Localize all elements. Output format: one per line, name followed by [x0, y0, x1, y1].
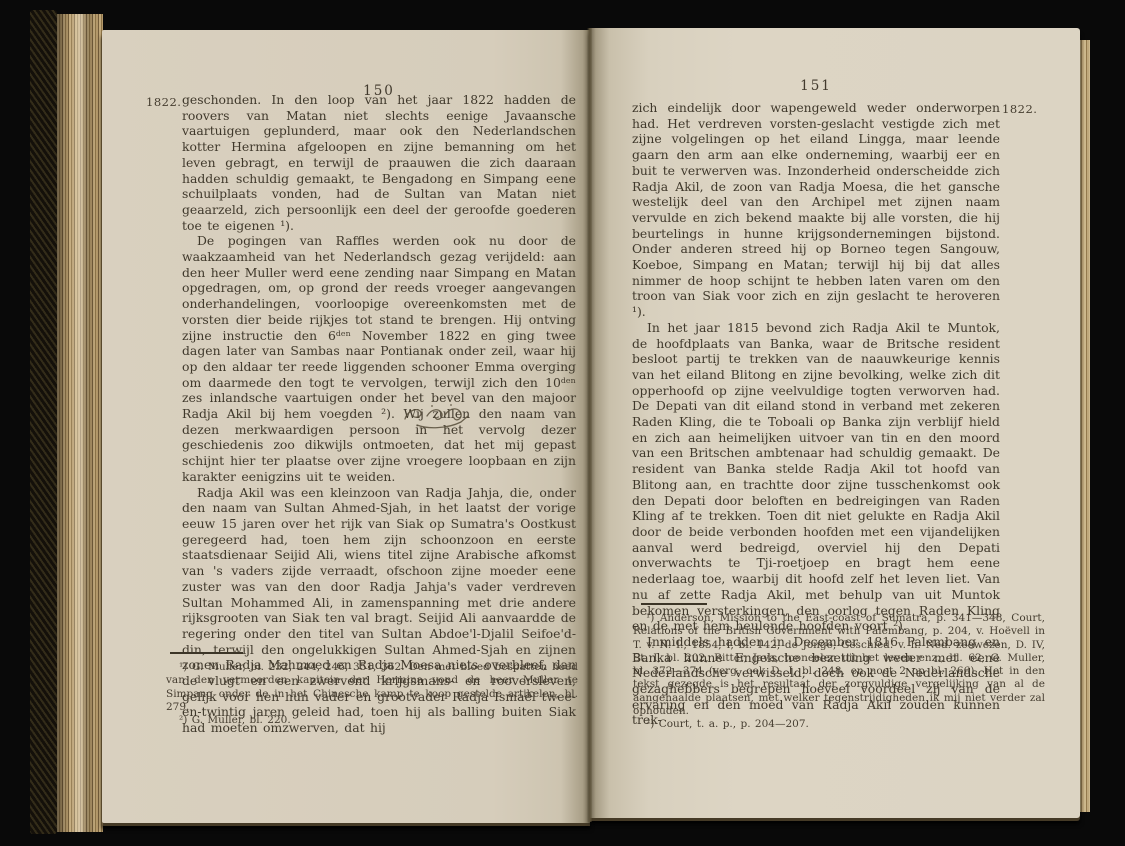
footnote-rule-right	[641, 603, 707, 605]
page-151: 151 1822. zich eindelijk door wapengewel…	[590, 28, 1080, 818]
footnote-rule-left	[170, 652, 243, 654]
body-text-left: geschonden. In den loop van het jaar 182…	[182, 92, 576, 736]
page-150: 150 1822. geschonden. In den loop van he…	[102, 30, 590, 823]
paragraph: De pogingen van Raffles werden ook nu do…	[182, 233, 576, 484]
footnote: ²) G. Muller, bl. 220.	[166, 714, 578, 727]
paragraph: In het jaar 1815 bevond zich Radja Akil …	[632, 320, 1000, 634]
paragraph: geschonden. In den loop van het jaar 182…	[182, 92, 576, 233]
book-scan: 150 1822. geschonden. In den loop van he…	[0, 0, 1125, 846]
book-gutter	[587, 28, 592, 822]
page-edges-right	[1079, 40, 1090, 812]
book-cover-edge	[30, 10, 57, 834]
footnote: ¹) G. Muller, bl. 232, 244, 246, 351, 36…	[166, 661, 578, 714]
handwritten-jawi-annotation	[399, 402, 479, 436]
margin-year-left: 1822.	[146, 95, 181, 109]
margin-year-right: 1822.	[1002, 102, 1037, 116]
footnote: ¹) Anderson, Mission to the East-coast o…	[633, 612, 1045, 718]
footnotes-right: ¹) Anderson, Mission to the East-coast o…	[633, 612, 1045, 732]
paragraph: zich eindelijk door wapengeweld weder on…	[632, 100, 1000, 320]
footnotes-left: ¹) G. Muller, bl. 232, 244, 246, 351, 36…	[166, 661, 578, 727]
page-edges-left	[57, 14, 103, 832]
footnote: ²) Court, t. a. p., p. 204—207.	[633, 718, 1045, 731]
page-number-right: 151	[632, 78, 1000, 94]
